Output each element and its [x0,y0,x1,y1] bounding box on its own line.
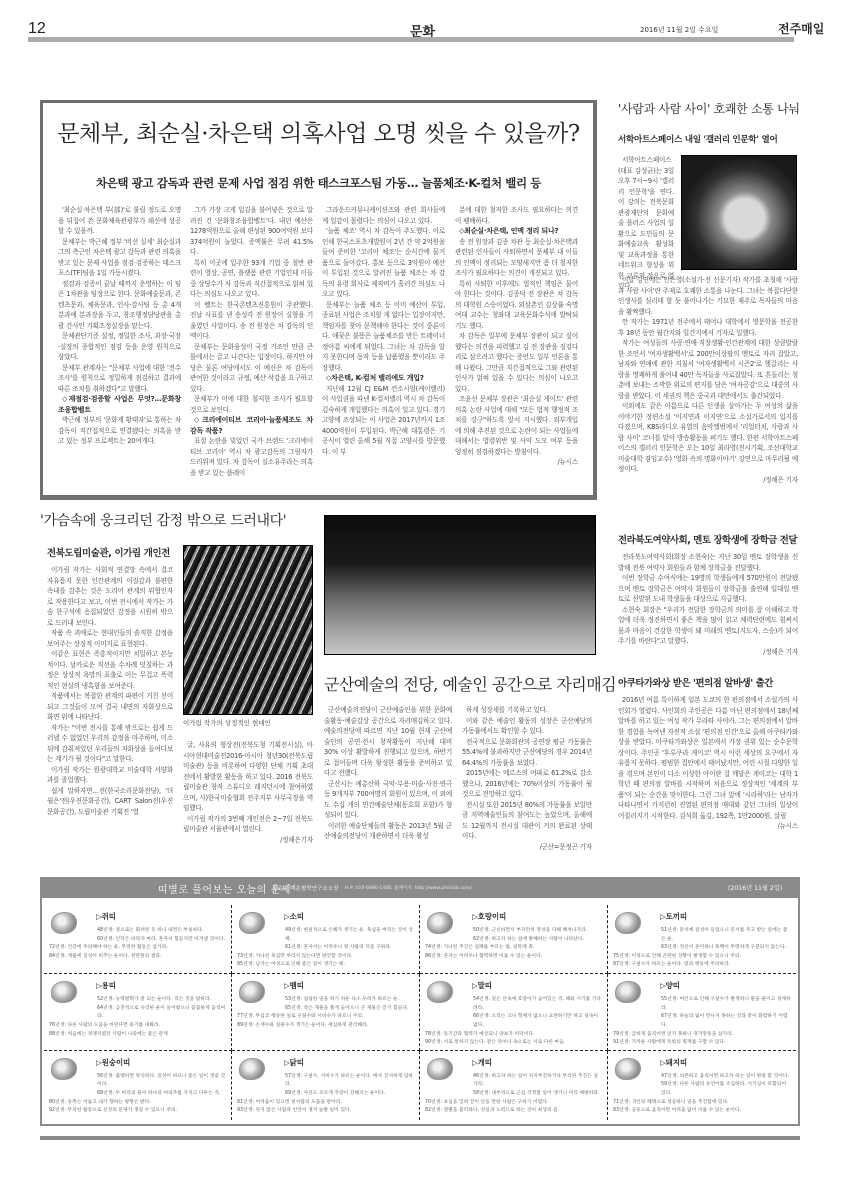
fortune-horse: ▷말띠54년생: 깊은 산속에 호랑이가 숨어있는 격. 때와 시기를 기다려라… [420,974,608,1051]
theater-photo [324,515,596,655]
gallery-lecture-body: 이날 강연에는 안은영(소설가·전 신문기자) 작가를 초청해 '사람과 사람 … [618,275,798,485]
gunsan-column-1: 군산예술의전당이 군산예술인을 위한 문화예술활동·예술감상 공간으로 자리매김… [324,705,452,842]
scholarship-headline: 전라북도여약사회, 멘토 장학생에 장학금 전달 [618,532,797,546]
subhead: ◇차은택, K-컬처 밸리에도 개입? [322,373,445,384]
fortune-date: (2016년 11월 2일) [728,883,782,892]
fortune-header-bar: 띠별로 풀어보는 오늘의 운세 홍주미 백운철학연구소소장 H.P: 010-6… [40,877,800,898]
tiger-icon [427,912,453,934]
subhead: ◇최순실·차은택, 인맥 정리 되나? [455,226,578,237]
fortune-grid: ▷쥐띠48년생: 겉으로는 화려한 듯 하나 내면은 부실하다.60년생: 인덕… [44,905,796,1120]
page-number: 12 [28,20,46,38]
book-body: 2016년 여름 특이하게 일본 도쿄의 한 편의점에서 소설가의 사인회가 열… [618,695,798,832]
byline: /뉴시스 [455,457,578,468]
exhibition-headline: '가슴속에 웅크리던 감정 밖으로 드러내다' [40,510,286,530]
fortune-dragon: ▷용띠52년생: 능력발휘가 잘 되는 운이다. 작은 것을 탐하라.64년생:… [44,974,232,1051]
gunsan-column-2: 하게 성장세를 기록하고 있다. 이와 같은 예술인 활동의 성장은 군산예당의… [462,705,592,852]
fortune-ox: ▷소띠49년생: 현실적으로 손해가 생기는 운. 욕심을 버리는 것이 상책.… [232,905,420,974]
gallery-lecture-side-text: 서학아트스페이스(대표 김성균)는 3일 오후 7시~9시 '갤러리 인문학'을… [618,155,674,292]
exhibition-body: 이가림 작가는 사회적 연결망 속에서 결코 자유롭지 못한 인간관계의 이질감… [47,565,173,817]
exhibition-body-col2: 굴, 사유의 형상전(전북도청 기획전시실), 아시아현대미술전2016-아시아… [183,740,313,845]
gallery-lecture-subheadline: 서학아트스페이스 내일 '갤러리 인문학' 열어 [618,133,777,145]
main-article-column-4: 분에 대한 철저한 조사도 필요하다는 의견이 팽배하다. ◇최순실·차은택, … [455,205,578,468]
fortune-rooster: ▷닭띠57년생: 구설수, 시비수가 따르는 운이다. 매사 진지하게 임하라.… [232,1051,420,1120]
gunsan-headline: 군산예술의 전당, 예술인 공간으로 자리매김 [324,672,616,695]
fortune-tiger: ▷호랑이띠50년생: 근신하면서 부지런히 정성을 다해 해쳐나가라.62년생:… [420,905,608,974]
main-article-column-3: 그라운드커뮤니케이션즈와 관련 회사들에게 일감이 몰렸다는 의심이 나오고 있… [322,205,445,457]
main-subheadline: 차은택 광고 감독과 관련 문제 사업 점검 위한 태스크포스팀 가동… 늘품체… [40,175,597,191]
rabbit-icon [615,912,641,934]
fortune-contact: H.P: 010-6890-1468, 홈페이지: http://www.phi… [345,885,472,891]
book-headline: 아쿠타가와상 받은 '편의점 알바생' 출간 [618,675,773,689]
main-article-column-1: '최순실·차은택 부(部)'로 불릴 정도로 오명을 뒤집어 쓴 문화체육관광부… [58,205,181,447]
exhibition-subheadline: 전북도립미술관, 이가림 개인전 [47,545,170,559]
photo-caption: 이가림 작가의 상징적인 현대인 [183,718,271,727]
fortune-snake: ▷뱀띠53년생: 섭섭한 일을 하기 쉬운 다소 우려가 따르는 운.65년생:… [232,974,420,1051]
footer-rule [40,1136,800,1140]
fortune-dog: ▷개띠46년생: 하고자 하는 일이 지지부진하거나 무리한 추진은 실가라.5… [420,1051,608,1120]
issue-date: 2016년 11월 2일 수요일 [640,25,718,35]
rooster-icon [239,1058,265,1080]
main-article-column-2: 그가 가장 크게 입김을 불어넣은 것으로 알려진 건 '문화창조융합벨트'다.… [190,205,313,478]
byline: /군산=문정곤 기자 [462,842,592,853]
ox-icon [239,912,265,934]
monkey-icon [51,1058,77,1080]
header-rule [28,37,794,42]
dog-icon [427,1058,453,1080]
fortune-rat: ▷쥐띠48년생: 겉으로는 화려한 듯 하나 내면은 부실하다.60년생: 인덕… [44,905,232,974]
fortune-rabbit: ▷토끼띠51년생: 문서에 길성이 들었으니 문서를 주고 받는 일에는 좋은 … [608,905,796,974]
gallery-lecture-headline: '사람과 사람 사이' 호쾌한 소통 나눠 [618,100,800,117]
byline: /정해은 기자 [618,647,798,658]
artwork-photo [183,545,313,715]
byline: /뉴시스 [618,821,798,832]
pig-icon [615,1058,641,1080]
main-headline: 문체부, 최순실·차은택 의혹사업 오명 씻을 수 있을까? [40,115,597,148]
subhead: ◇크리에이티브 코리아·늘품체조도 차 감독 작품? [190,415,313,436]
newspaper-name: 전주매일 [778,20,824,37]
fortune-pig: ▷돼지띠47년생: 의존하고 움직이면 하고자 하는 일이 변창 할 것이다.5… [608,1051,796,1120]
lecturer-photo [681,155,797,270]
fortune-sheep: ▷양띠55년생: 여인으로 인해 구설수가 발생하니 말을 줄이고 경계하라.6… [608,974,796,1051]
rat-icon [51,912,77,934]
fortune-author: 홍주미 백운철학연구소소장 [272,884,339,892]
fortune-monkey: ▷원숭이띠56년생: 출행하면 뮤익하다. 길성이 따르니 좋은 일이 생길 것… [44,1051,232,1120]
subhead: ◇재점검·검증할 사업은 무엇?…문화창조융합벨트 [58,394,181,415]
byline: /정해은 기자 [618,475,798,486]
byline: /정해은기자 [183,835,313,846]
scholarship-body: 전라북도여약사회(회장 소현숙)는 지난 30일 멘토 장학생을 선발해 전북 … [618,552,798,657]
